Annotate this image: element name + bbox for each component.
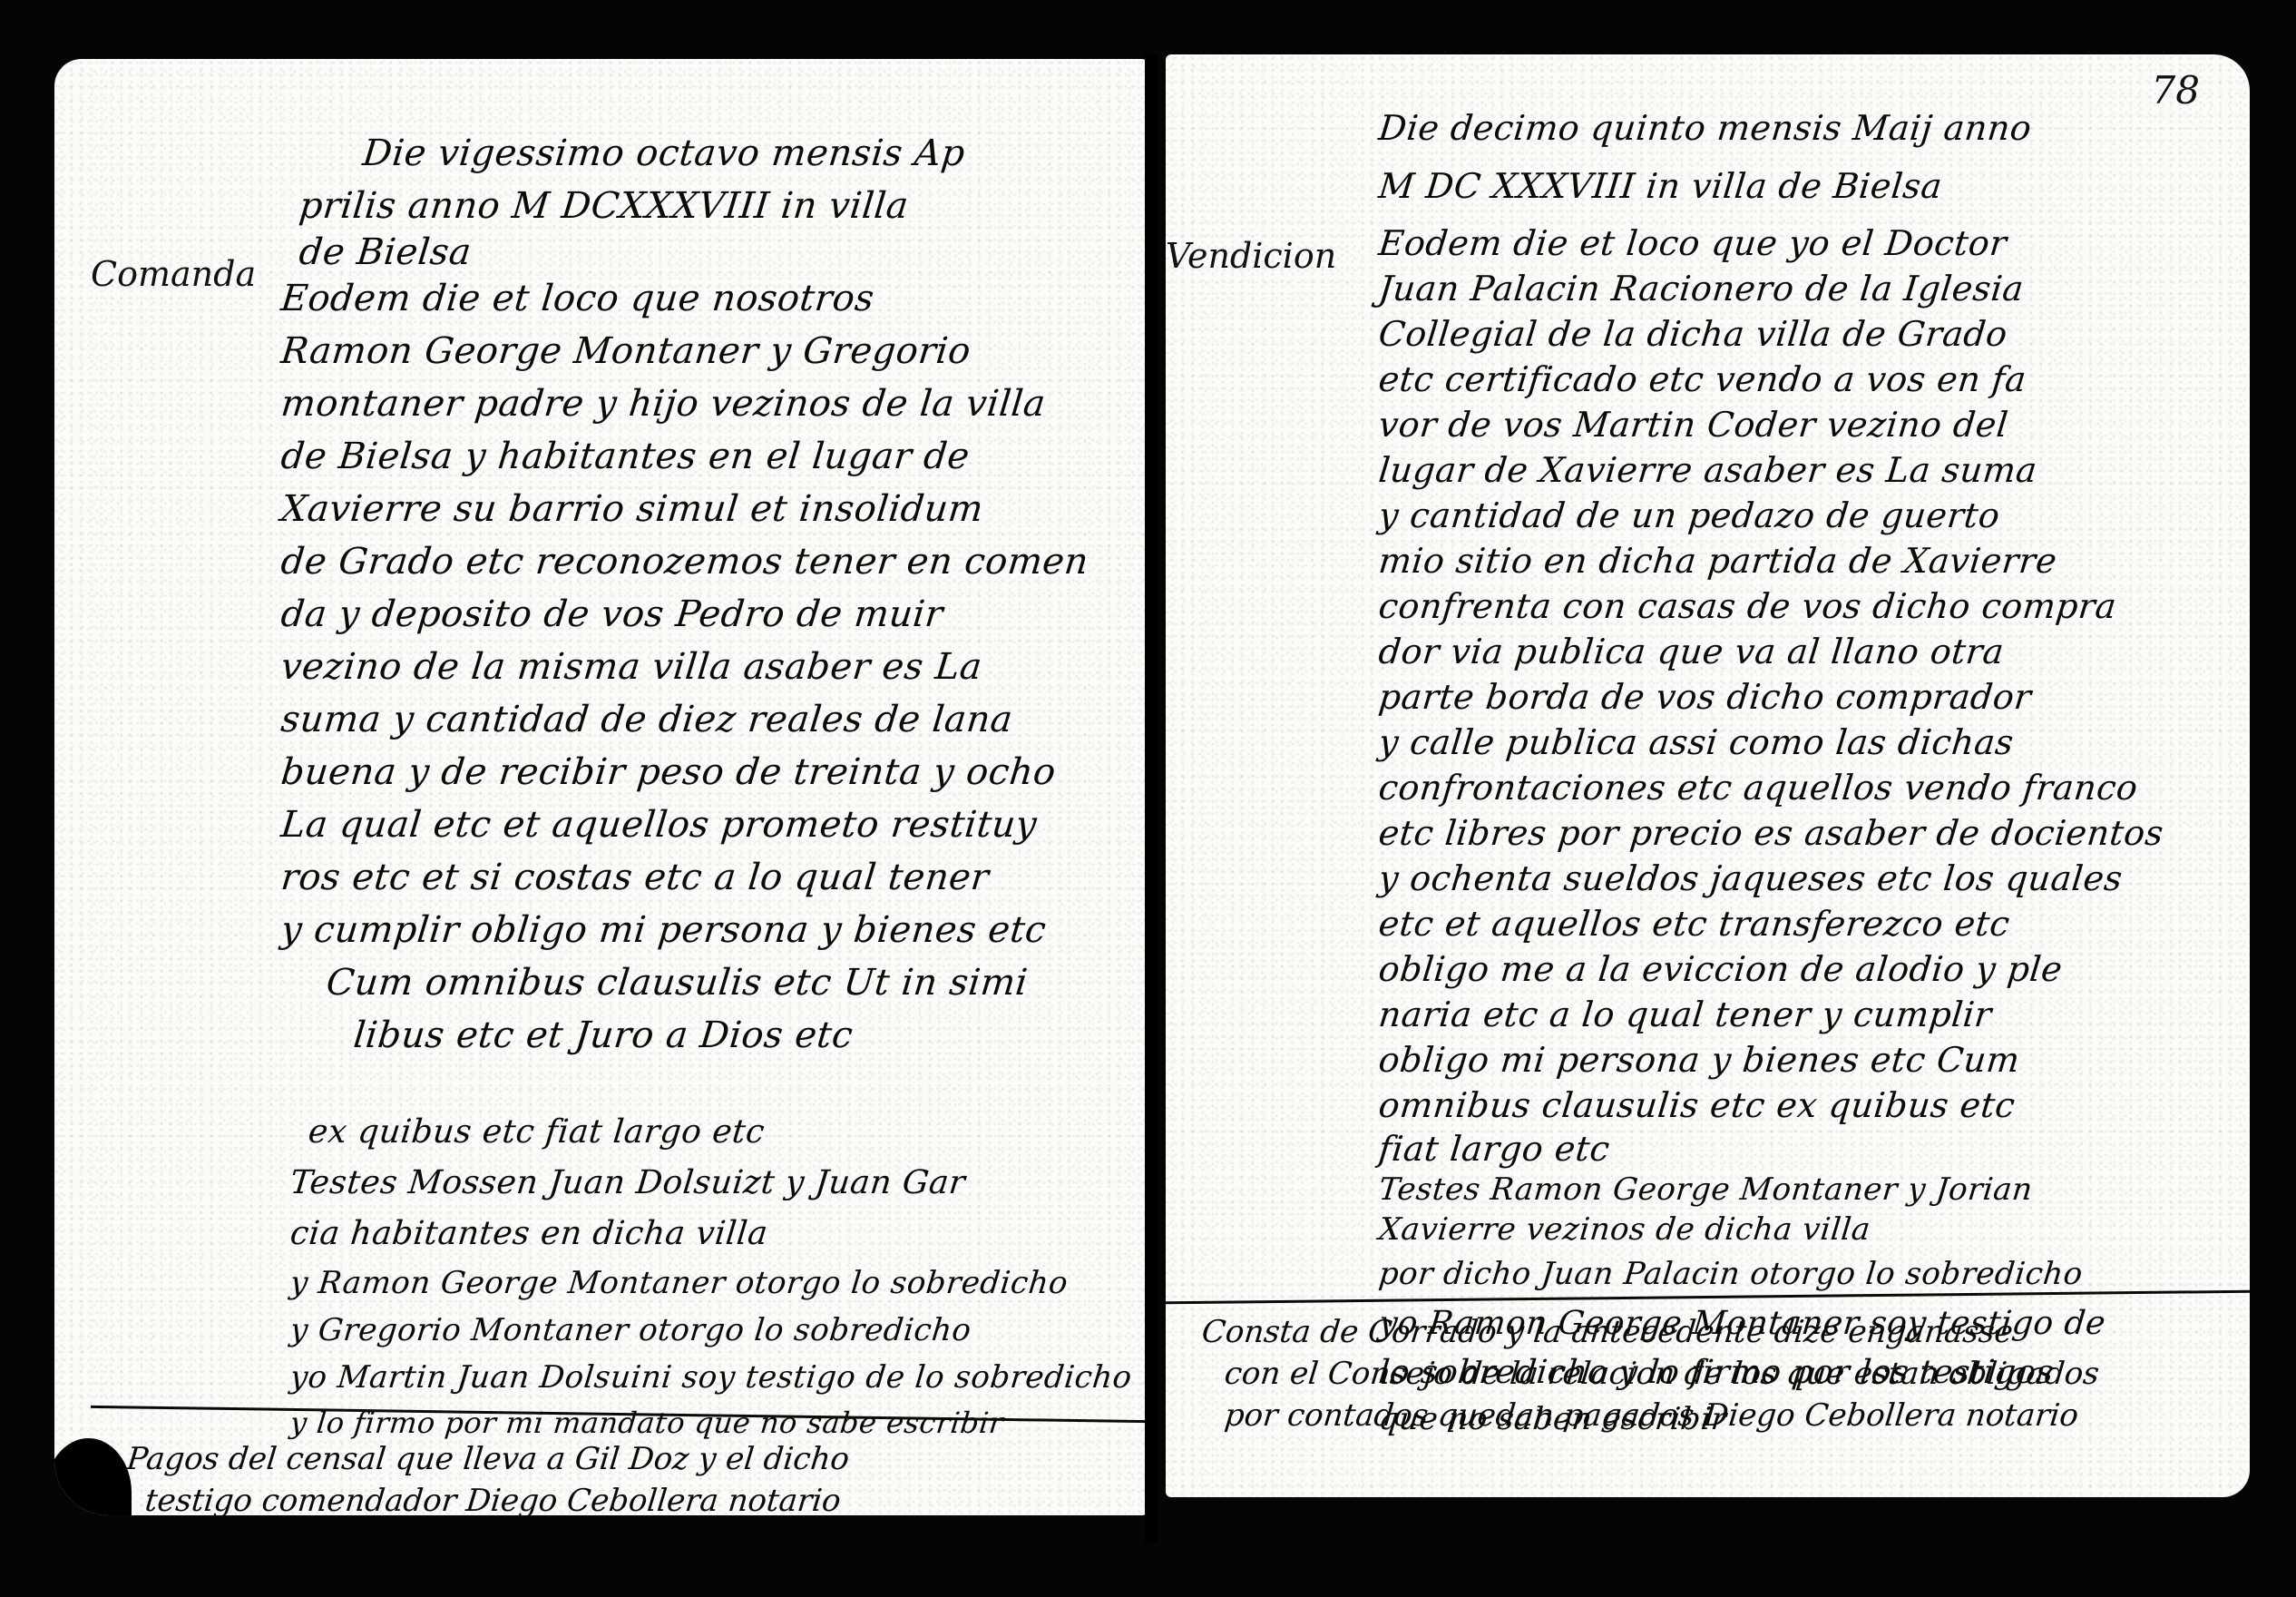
text-line: Eodem die et loco que nosotros [278, 272, 1091, 325]
text-line: confrenta con casas de vos dicho compra [1376, 583, 2165, 629]
text-line: y Gregorio Montaner otorgo lo sobredicho [288, 1307, 1134, 1354]
text-line: parte borda de vos dicho comprador [1376, 674, 2165, 720]
text-line: y cantidad de un pedazo de guerto [1376, 493, 2165, 538]
text-line: Cum omnibus clausulis etc Ut in simi [278, 956, 1091, 1009]
text-line: Die decimo quinto mensis Maij anno [1376, 104, 2165, 152]
left-page-footer-note: Pagos del censal que lleva a Gil Doz y e… [127, 1438, 849, 1515]
text-line: ros etc et si costas etc a lo qual tener [278, 851, 1091, 904]
text-line: Testes Ramon George Montaner y Jorian [1377, 1170, 2166, 1210]
text-line: Xavierre su barrio simul et insolidum [278, 483, 1091, 535]
text-line: dor via publica que va al llano otra [1376, 629, 2165, 674]
text-line: mio sitio en dicha partida de Xavierre [1376, 538, 2165, 583]
text-line: Die vigessimo octavo mensis Ap [278, 127, 1091, 180]
text-line: de Bielsa y habitantes en el lugar de [278, 430, 1091, 483]
text-line: Ramon George Montaner y Gregorio [278, 325, 1091, 377]
text-line: Xavierre vezinos de dicha villa [1377, 1210, 2166, 1249]
text-line: y calle publica assi como las dichas [1376, 720, 2165, 765]
text-line: omnibus clausulis etc ex quibus etc [1376, 1083, 2165, 1128]
margin-note-vendicion: Vendicion [1166, 236, 1336, 276]
text-line: y ochenta sueldos jaqueses etc los quale… [1376, 856, 2165, 901]
right-page: 78 Vendicion Die decimo quinto mensis Ma… [1166, 54, 2250, 1497]
text-line: prilis anno M DCXXXVIII in villa [278, 180, 1091, 232]
text-line: fiat largo etc [1377, 1128, 2166, 1170]
text-line: obligo me a la eviccion de alodio y ple [1376, 946, 2165, 992]
left-page-body: Die vigessimo octavo mensis Ap prilis an… [281, 127, 1089, 1062]
text-line: da y deposito de vos Pedro de muir [278, 588, 1091, 641]
text-line: Juan Palacin Racionero de la Iglesia [1376, 266, 2165, 311]
text-line: vezino de la misma villa asaber es La [278, 641, 1091, 693]
text-line: por dicho Juan Palacin otorgo lo sobredi… [1376, 1249, 2166, 1298]
text-line: vor de vos Martin Coder vezino del [1376, 402, 2165, 447]
left-page: Comanda Die vigessimo octavo mensis Ap p… [54, 59, 1148, 1515]
text-line: obligo mi persona y bienes etc Cum [1376, 1037, 2165, 1083]
margin-note-comanda: Comanda [91, 254, 256, 294]
text-line: y Ramon George Montaner otorgo lo sobred… [288, 1259, 1134, 1307]
text-line: yo Martin Juan Dolsuini soy testigo de l… [288, 1354, 1134, 1401]
right-page-body: Die decimo quinto mensis Maij anno M DC … [1379, 104, 2164, 1442]
text-line: buena y de recibir peso de treinta y och… [278, 746, 1091, 798]
text-line: La qual etc et aquellos prometo restituy [278, 798, 1091, 851]
footer-line: por contados quedan pagados Diego Ceboll… [1200, 1395, 2102, 1436]
text-line: etc libres por precio es asaber de docie… [1376, 810, 2165, 856]
text-line: de Grado etc reconozemos tener en comen [278, 535, 1091, 588]
text-line: suma y cantidad de diez reales de lana [278, 693, 1091, 746]
left-page-closing: ex quibus etc fiat largo etc Testes Moss… [290, 1107, 1132, 1445]
text-line: Testes Mossen Juan Dolsuizt y Juan Gar [288, 1158, 1135, 1209]
text-line: montaner padre y hijo vezinos de la vill… [278, 377, 1091, 430]
text-line: etc et aquellos etc transferezco etc [1376, 901, 2165, 946]
text-line: Collegial de la dicha villa de Grado [1376, 311, 2165, 357]
text-line: de Bielsa [279, 232, 1090, 272]
text-line: libus etc et Juro a Dios etc [278, 1009, 1091, 1062]
text-line: etc certificado etc vendo a vos en fa [1376, 357, 2165, 402]
text-line: y cumplir obligo mi persona y bienes etc [278, 904, 1091, 956]
text-line: lugar de Xavierre asaber es La suma [1376, 447, 2165, 493]
footer-line: con el Consejo de la relacion de los que… [1200, 1353, 2102, 1395]
text-line: ex quibus etc fiat largo etc [288, 1107, 1135, 1158]
ink-blot [54, 1438, 132, 1515]
text-line: Eodem die et loco que yo el Doctor [1376, 220, 2165, 266]
page-gutter [1145, 54, 1158, 1543]
text-line: cia habitantes en dicha villa [288, 1209, 1135, 1259]
right-page-footer-note: Consta de Corrado y la antecedente dize … [1202, 1311, 2099, 1436]
text-line: naria etc a lo qual tener y cumplir [1376, 992, 2165, 1037]
footer-line: Consta de Corrado y la antecedente dize … [1200, 1311, 2102, 1353]
text-line: confrontaciones etc aquellos vendo franc… [1376, 765, 2165, 810]
text-line: M DC XXXVIII in villa de Bielsa [1375, 152, 2167, 220]
footer-line: testigo comendador Diego Cebollera notar… [125, 1480, 852, 1515]
footer-line: Pagos del censal que lleva a Gil Doz y e… [125, 1438, 852, 1480]
